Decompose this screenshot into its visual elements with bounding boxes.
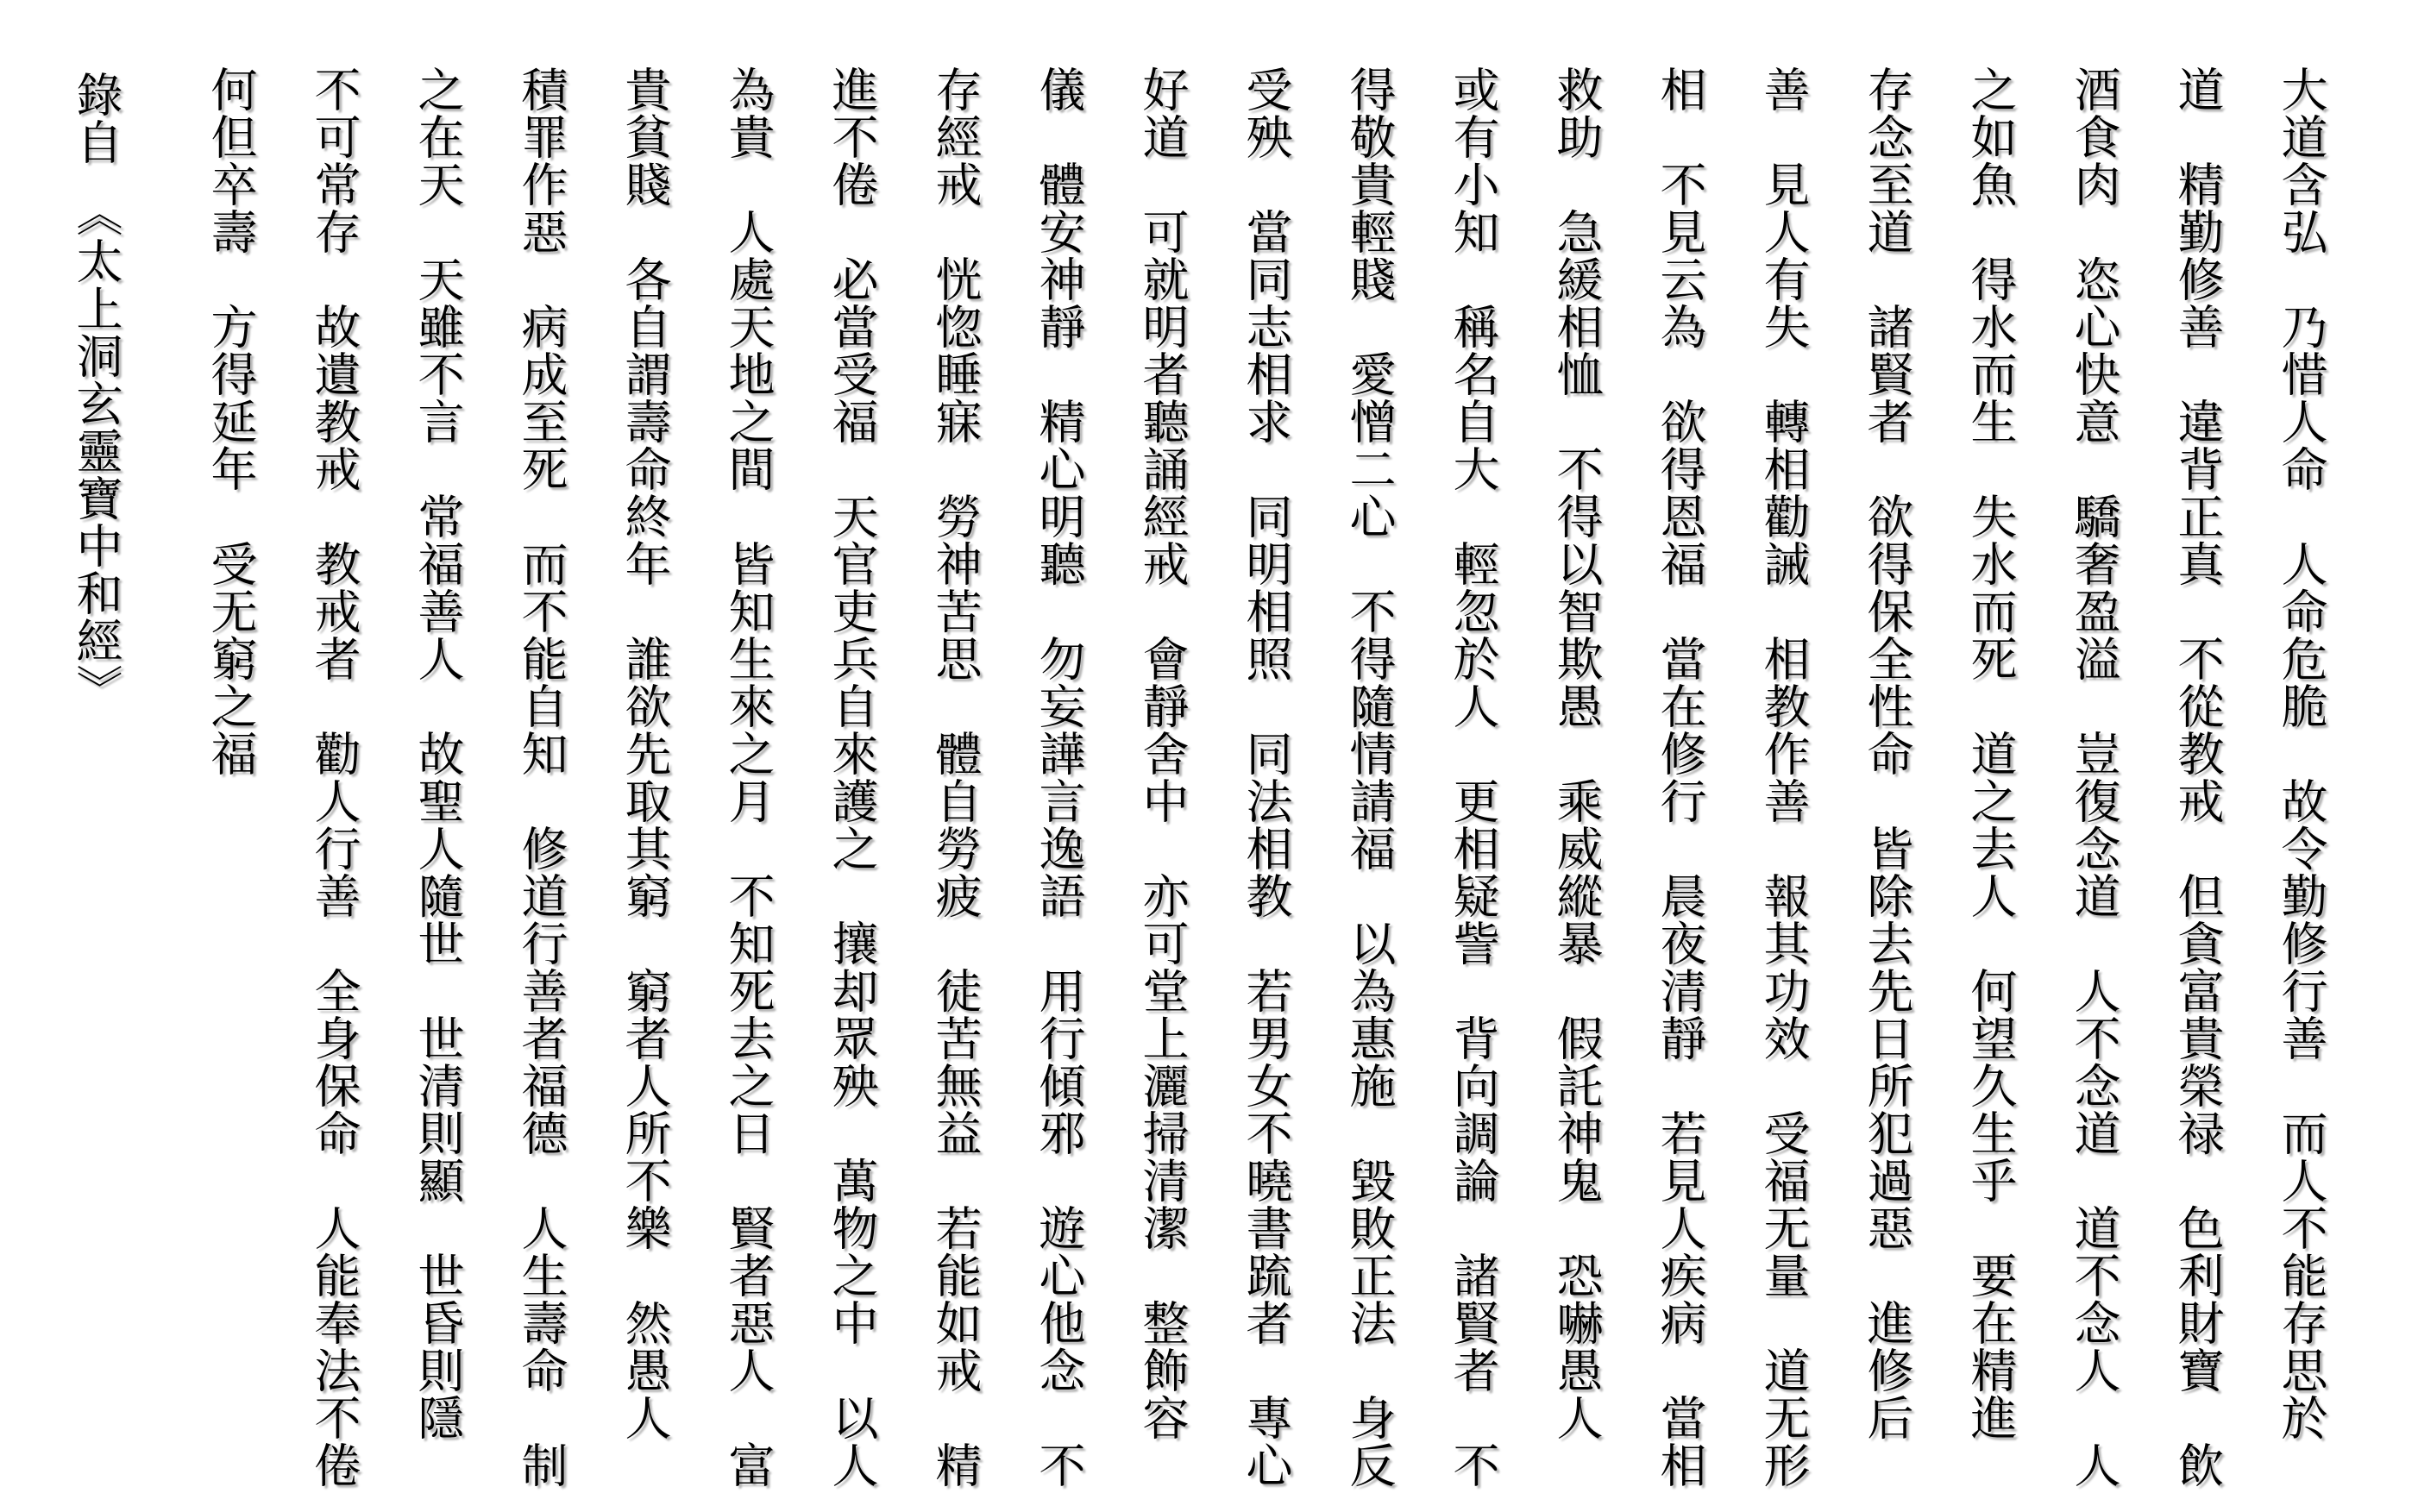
text-column: 之在天 天雖不言 常福善人 故聖人隨世 世清則顯 世昏則隱 — [410, 66, 465, 1441]
text-column: 得敬貴輕賤 愛憎二心 不得隨情請福 以為惠施 毀敗正法 身反 — [1341, 66, 1397, 1489]
text-column: 積罪作惡 病成至死 而不能自知 修道行善者福德 人生壽命 制 — [513, 66, 568, 1489]
text-column: 或有小知 稱名自大 輕忽於人 更相疑訾 背向調論 諸賢者 不 — [1445, 66, 1500, 1489]
text-column: 大道含弘 乃惜人命 人命危脆 故令勤修行善 而人不能存思於 — [2273, 66, 2328, 1441]
text-column: 酒食肉 恣心快意 驕奢盈溢 豈復念道 人不念道 道不念人 人 — [2066, 66, 2121, 1489]
text-column: 進不倦 必當受福 天官吏兵自來護之 攘却眾殃 萬物之中 以人 — [824, 66, 879, 1489]
source-attribution: 錄自 《太上洞玄靈寶中和經》 — [68, 71, 123, 712]
text-column: 受殃 當同志相求 同明相照 同法相教 若男女不曉書䟽者 專心 — [1238, 66, 1293, 1489]
text-column: 道 精勤修善 違背正真 不從教戒 但貪富貴榮禄 色利財寶 飲 — [2170, 66, 2225, 1489]
text-column: 救助 急緩相恤 不得以智欺愚 乘威縱暴 假託神鬼 恐嚇愚人 — [1548, 66, 1604, 1441]
text-column: 相 不見云為 欲得恩福 當在修行 晨夜清靜 若見人疾病 當相 — [1652, 66, 1707, 1489]
text-column: 存念至道 諸賢者 欲得保全性命 皆除去先日所犯過惡 進修后 — [1859, 66, 1914, 1441]
text-column: 善 見人有失 轉相勸誡 相教作善 報其功效 受福无量 道无形 — [1755, 66, 1811, 1489]
text-column: 何但卒壽 方得延年 受无窮之福 — [203, 66, 258, 777]
text-column: 存經戒 恍惚睡寐 勞神苦思 體自勞疲 徒苦無益 若能如戒 精 — [927, 66, 983, 1489]
text-column: 之如魚 得水而生 失水而死 道之去人 何望久生乎 要在精進 — [1963, 66, 2018, 1441]
text-column: 好道 可就明者聽誦經戒 會靜舍中 亦可堂上灑掃清潔 整飾容 — [1134, 66, 1190, 1441]
text-column: 為貴 人處天地之間 皆知生來之月 不知死去之日 賢者惡人 富 — [720, 66, 776, 1489]
scripture-page: 大道含弘 乃惜人命 人命危脆 故令勤修行善 而人不能存思於道 精勤修善 違背正真… — [0, 0, 2418, 1512]
text-column: 貴貧賤 各自謂壽命終年 誰欲先取其窮 窮者人所不樂 然愚人 — [617, 66, 672, 1441]
text-column: 儀 體安神靜 精心明聽 勿妄譁言逸語 用行傾邪 遊心他念 不 — [1031, 66, 1086, 1489]
text-column: 不可常存 故遺教戒 教戒者 勸人行善 全身保命 人能奉法不倦 — [306, 66, 361, 1489]
